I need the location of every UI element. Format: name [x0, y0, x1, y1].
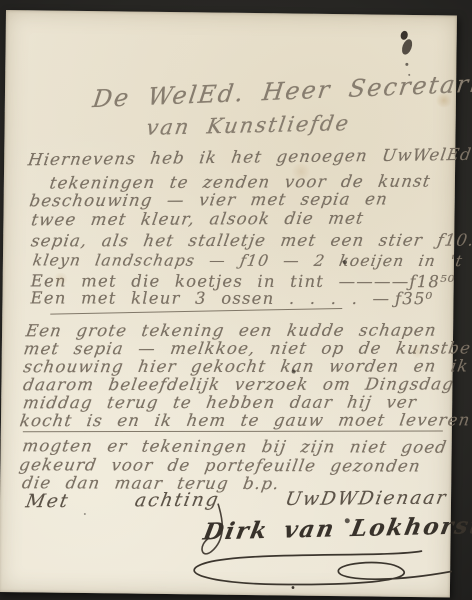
handwriting-line: schouwing hier gekocht kan worden en ik	[22, 356, 470, 376]
ink-blot	[400, 38, 414, 56]
ink-speck	[405, 63, 408, 66]
ink-speck	[345, 518, 350, 523]
handwriting-line: met sepia — melkkoe, niet op de kunstbe	[22, 338, 472, 358]
handwriting-line: Hiernevens heb ik het genoegen UwWelEd z…	[27, 144, 472, 169]
letter-heading-line2: van Kunstliefde	[145, 111, 352, 140]
signature: Dirk van Lokhorst.	[201, 512, 472, 546]
ink-speck	[343, 260, 347, 264]
ink-rule-long	[23, 431, 443, 433]
signature-flourish	[181, 542, 452, 600]
price-value: ƒ35⁰	[395, 289, 434, 308]
handwriting-line: kocht is en ik hem te gauw moet leveren	[18, 410, 472, 430]
price-row-label: Een met kleur 3 ossen . . . . —	[30, 288, 390, 308]
handwriting-line: sepia, als het stalletje met een stier ƒ…	[30, 231, 472, 251]
ink-rule-short	[50, 308, 342, 315]
price-row: Een met kleur 3 ossen . . . . — ƒ35⁰	[30, 288, 433, 308]
handwriting-line: Een grote tekening een kudde schapen	[25, 321, 439, 341]
handwriting-line: twee met kleur, alsook die met	[30, 209, 366, 230]
letter-heading-line1: De WelEd. Heer Secretaris	[91, 69, 472, 113]
handwriting-line: kleyn landschaps — ƒ10 — 2 koeijen in 't…	[32, 251, 472, 270]
handwriting-line: mogten er tekeningen bij zijn niet goed	[21, 436, 449, 456]
ink-speck	[84, 513, 86, 515]
closing-line: Met achting UwDWDienaar	[24, 488, 449, 513]
letter-paper: De WelEd. Heer Secretaris van Kunstliefd…	[0, 10, 457, 597]
ink-speck	[408, 74, 410, 76]
ink-speck	[292, 370, 296, 374]
handwriting-line: beschouwing — vier met sepia en	[28, 189, 389, 210]
handwriting-line: middag terug te hebben daar hij ver	[22, 393, 419, 413]
handwriting-line: daarom beleefdelijk verzoek om Dingsdag	[22, 374, 456, 394]
scan-background: { "scene": { "background_color": "#27262…	[0, 0, 472, 600]
